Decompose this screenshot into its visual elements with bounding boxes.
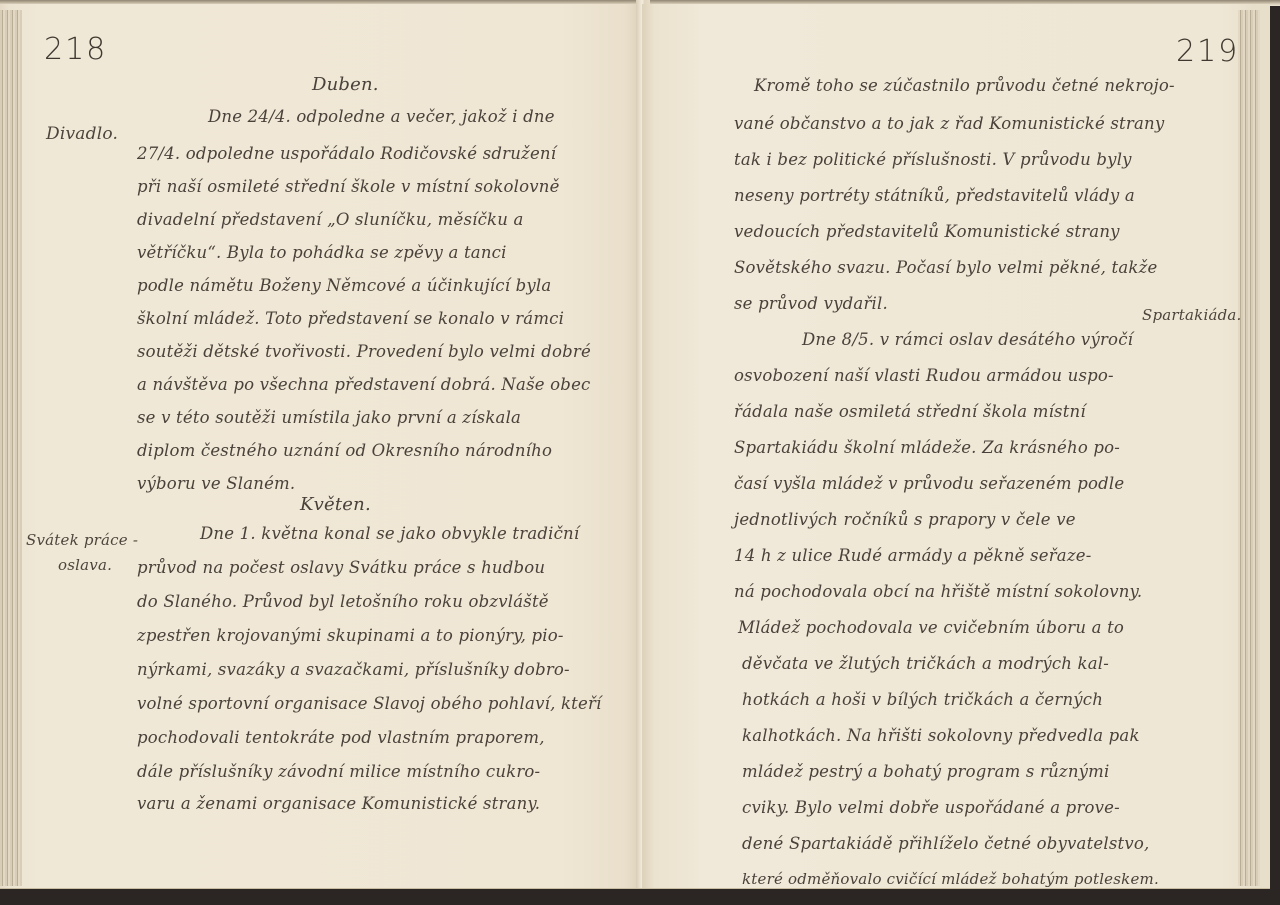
text-line: nýrkami, svazáky a svazačkami, příslušní… — [137, 660, 570, 679]
text-line: děvčata ve žlutých tričkách a modrých ka… — [742, 654, 1109, 673]
text-line: Mládež pochodovala ve cvičebním úboru a … — [738, 618, 1124, 637]
text-line: kalhotkách. Na hřišti sokolovny předvedl… — [742, 726, 1140, 745]
text-line: dále příslušníky závodní milice místního… — [137, 762, 540, 781]
text-line: dené Spartakiádě přihlíželo četné obyvat… — [742, 834, 1149, 853]
text-line: Dne 1. května konal se jako obvykle trad… — [200, 524, 579, 543]
text-line: osvobození naší vlasti Rudou armádou usp… — [734, 366, 1114, 385]
text-line: podle námětu Boženy Němcové a účinkující… — [137, 276, 551, 295]
text-line: soutěži dětské tvořivosti. Provedení byl… — [137, 342, 591, 361]
text-line: Sovětského svazu. Počasí bylo velmi pěkn… — [734, 258, 1157, 277]
text-line: větříčku“. Byla to pohádka se zpěvy a ta… — [137, 243, 507, 262]
text-line: při naší osmileté střední škole v místní… — [137, 177, 560, 196]
text-line: neseny portréty státníků, představitelů … — [734, 186, 1135, 205]
page-number-left: 218 — [44, 32, 107, 67]
text-line: vané občanstvo a to jak z řad Komunistic… — [734, 114, 1164, 133]
margin-note-svatek-prace: Svátek práce - — [26, 531, 138, 549]
text-line: diplom čestného uznání od Okresního náro… — [137, 441, 552, 460]
right-page: 219 Spartakiáda. Kromě toho se zúčastnil… — [642, 4, 1270, 889]
text-line: které odměňovalo cvičící mládež bohatým … — [742, 870, 1159, 888]
text-line: školní mládež. Toto představení se konal… — [137, 309, 564, 328]
text-line: Dne 24/4. odpoledne a večer, jakož i dne — [208, 107, 555, 126]
text-line: průvod na počest oslavy Svátku práce s h… — [137, 558, 545, 577]
text-line: se v této soutěži umístila jako první a … — [137, 408, 521, 427]
text-line: 14 h z ulice Rudé armády a pěkně seřaze- — [734, 546, 1091, 565]
margin-note-oslava: oslava. — [58, 556, 112, 574]
page-number-right: 219 — [1176, 34, 1239, 69]
text-line: se průvod vydařil. — [734, 294, 888, 313]
text-line: mládež pestrý a bohatý program s různými — [742, 762, 1110, 781]
text-line: ná pochodovala obcí na hřiště místní sok… — [734, 582, 1142, 601]
margin-note-spartakiada: Spartakiáda. — [1142, 306, 1242, 324]
text-line: cviky. Bylo velmi dobře uspořádané a pro… — [742, 798, 1120, 817]
text-line: divadelní představení „O sluníčku, měsíč… — [137, 210, 524, 229]
heading-duben: Duben. — [312, 74, 379, 95]
text-line: řádala naše osmiletá střední škola místn… — [734, 402, 1086, 421]
text-line: hotkách a hoši v bílých tričkách a černý… — [742, 690, 1103, 709]
text-line: vedoucích představitelů Komunistické str… — [734, 222, 1120, 241]
text-line: tak i bez politické příslušnosti. V prův… — [734, 150, 1132, 169]
text-line: Kromě toho se zúčastnilo průvodu četné n… — [754, 76, 1175, 95]
text-line: jednotlivých ročníků s prapory v čele ve — [734, 510, 1076, 529]
text-line: Dne 8/5. v rámci oslav desátého výročí — [802, 330, 1133, 349]
text-line: volné sportovní organisace Slavoj obého … — [137, 694, 602, 713]
heading-kveten: Květen. — [300, 494, 371, 515]
text-line: do Slaného. Průvod byl letošního roku ob… — [137, 592, 549, 611]
text-line: 27/4. odpoledne uspořádalo Rodičovské sd… — [137, 144, 556, 163]
open-book: 218 Duben. Divadlo. Dne 24/4. odpoledne … — [0, 0, 1280, 892]
text-line: varu a ženami organisace Komunistické st… — [137, 794, 540, 813]
text-line: Spartakiádu školní mládeže. Za krásného … — [734, 438, 1120, 457]
text-line: zpestřen krojovanými skupinami a to pion… — [137, 626, 564, 645]
text-line: výboru ve Slaném. — [137, 474, 295, 493]
text-line: pochodovali tentokráte pod vlastním prap… — [137, 728, 545, 747]
text-line: a návštěva po všechna představení dobrá.… — [137, 375, 590, 394]
page-stack-right — [1238, 10, 1260, 886]
margin-note-divadlo: Divadlo. — [46, 124, 118, 144]
page-stack-left — [0, 10, 22, 886]
left-page: 218 Duben. Divadlo. Dne 24/4. odpoledne … — [0, 4, 642, 889]
text-line: časí vyšla mládež v průvodu seřazeném po… — [734, 474, 1124, 493]
